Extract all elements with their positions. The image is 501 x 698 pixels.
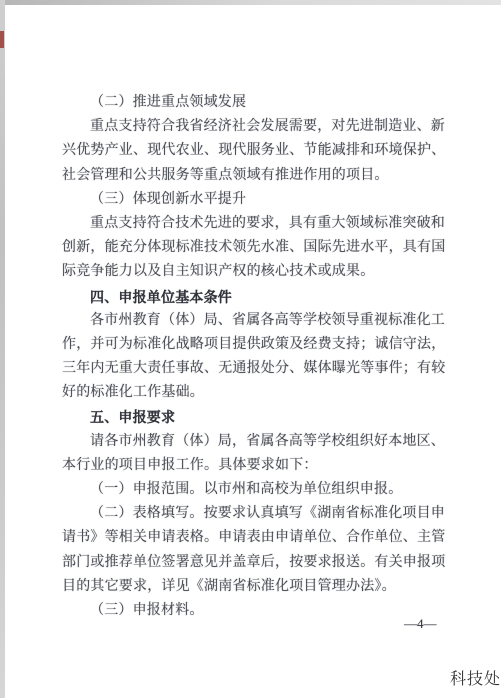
- paragraph-line: （一）申报范围。以市州和高校为单位组织申报。: [62, 478, 447, 502]
- paragraph-line: 重点支持符合我省经济社会发展需要，对先进制造业、新: [62, 115, 447, 139]
- paragraph-line: 好的标准化工作基础。: [62, 381, 447, 405]
- subsection-heading: （二）推进重点领域发展: [62, 91, 447, 115]
- document-body: （二）推进重点领域发展 重点支持符合我省经济社会发展需要，对先进制造业、新 兴优…: [62, 91, 447, 623]
- scan-edge-top: [0, 0, 501, 5]
- paragraph-line: 社会管理和公共服务等重点领域有推进作用的项目。: [62, 164, 447, 188]
- paragraph-line: 本行业的项目申报工作。具体要求如下：: [62, 454, 447, 478]
- paragraph-line: （三）申报材料。: [62, 599, 447, 623]
- paragraph-line: 重点支持符合技术先进的要求，具有重大领域标准突破和: [62, 212, 447, 236]
- paragraph-line: 目的其它要求，详见《湖南省标准化项目管理办法》。: [62, 575, 447, 599]
- paragraph-line: 部门或推荐单位签署意见并盖章后，按要求报送。有关申报项: [62, 551, 447, 575]
- paragraph-line: 各市州教育（体）局、省属各高等学校领导重视标准化工: [62, 309, 447, 333]
- paragraph-line: 创新，能充分体现标准技术领先水准、国际先进水平，具有国: [62, 236, 447, 260]
- subsection-heading: （三）体现创新水平提升: [62, 188, 447, 212]
- paragraph-line: 作，并可为标准化战略项目提供政策及经费支持；诚信守法，: [62, 333, 447, 357]
- page-number: —4—: [404, 616, 437, 632]
- paragraph-line: 兴优势产业、现代农业、现代服务业、节能减排和环境保护、: [62, 139, 447, 163]
- scan-edge-left: [0, 0, 5, 698]
- paragraph-line: 三年内无重大责任事故、无通报处分、媒体曝光等事件；有较: [62, 357, 447, 381]
- paragraph-line: （二）表格填写。按要求认真填写《湖南省标准化项目申: [62, 502, 447, 526]
- paragraph-line: 请各市州教育（体）局，省属各高等学校组织好本地区、: [62, 430, 447, 454]
- section-heading: 五、申报要求: [62, 405, 447, 429]
- section-heading: 四、申报单位基本条件: [62, 285, 447, 309]
- paragraph-line: 际竞争能力以及自主知识产权的核心技术或成果。: [62, 260, 447, 284]
- red-edge-mark: [0, 31, 4, 48]
- paragraph-line: 请书》等相关申请表格。申请表由申请单位、合作单位、主管: [62, 526, 447, 550]
- dept-stamp-text: 科技处: [450, 666, 501, 689]
